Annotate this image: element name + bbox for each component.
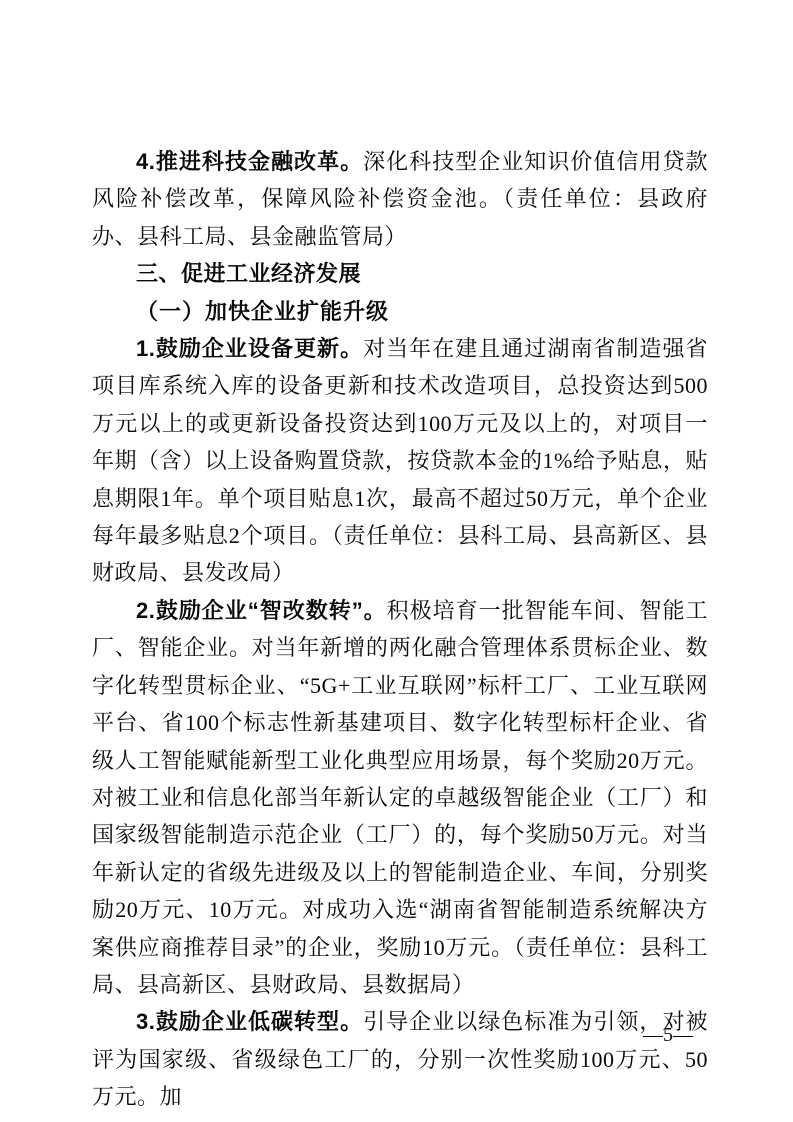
paragraph-lead: 1.鼓励企业设备更新。 bbox=[136, 336, 363, 361]
paragraph-lead: 3.鼓励企业低碳转型。 bbox=[136, 1009, 363, 1034]
paragraph-equipment-update: 1.鼓励企业设备更新。对当年在建且通过湖南省制造强省项目库系统入库的设备更新和技… bbox=[92, 330, 708, 592]
paragraph-body: 对当年在建且通过湖南省制造强省项目库系统入库的设备更新和技术改造项目，总投资达到… bbox=[92, 336, 708, 585]
paragraph-lead: 4.推进科技金融改革。 bbox=[136, 149, 363, 174]
page-number: —5— bbox=[643, 1022, 693, 1048]
paragraph-low-carbon-transform: 3.鼓励企业低碳转型。引导企业以绿色标准为引领，对被评为国家级、省级绿色工厂的，… bbox=[92, 1003, 708, 1115]
paragraph-lead: 2.鼓励企业“智改数转”。 bbox=[136, 598, 387, 623]
subsection-heading: （一）加快企业扩能升级 bbox=[92, 293, 708, 330]
paragraph-body: 积极培育一批智能车间、智能工厂、智能企业。对当年新增的两化融合管理体系贯标企业、… bbox=[92, 598, 708, 997]
section-heading: 三、促进工业经济发展 bbox=[92, 255, 708, 292]
paragraph-science-finance-reform: 4.推进科技金融改革。深化科技型企业知识价值信用贷款风险补偿改革，保障风险补偿资… bbox=[92, 143, 708, 255]
document-page: 4.推进科技金融改革。深化科技型企业知识价值信用贷款风险补偿改革，保障风险补偿资… bbox=[0, 0, 793, 1122]
paragraph-smart-digital-transform: 2.鼓励企业“智改数转”。积极培育一批智能车间、智能工厂、智能企业。对当年新增的… bbox=[92, 592, 708, 1003]
document-body: 4.推进科技金融改革。深化科技型企业知识价值信用贷款风险补偿改革，保障风险补偿资… bbox=[92, 143, 708, 1116]
